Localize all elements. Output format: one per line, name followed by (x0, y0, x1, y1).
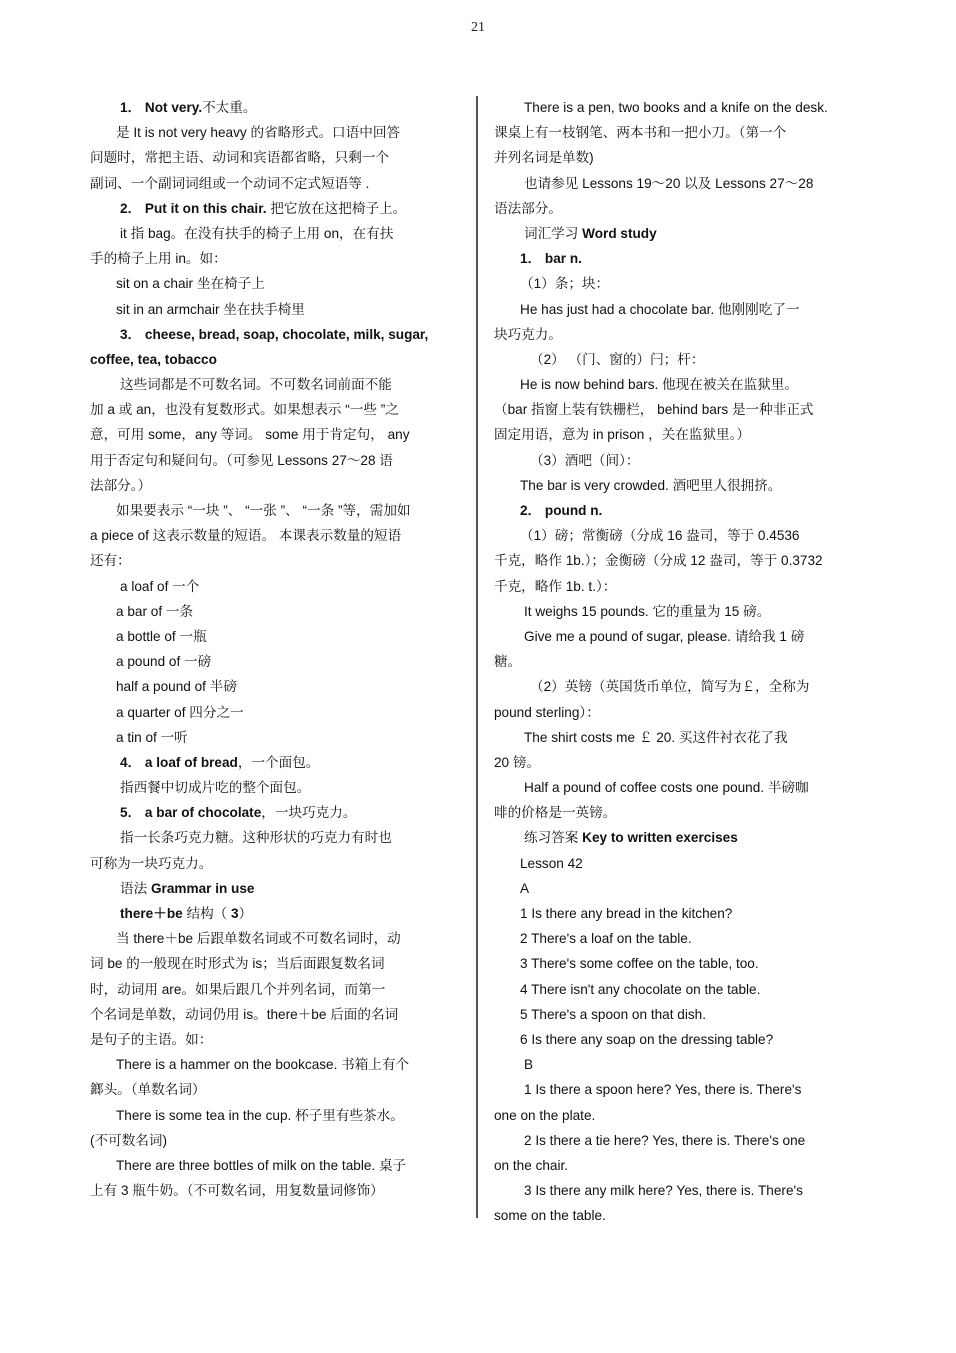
body-text: 1 Is there a spoon here? Yes, there is. … (524, 1082, 801, 1097)
text-line: 也请参见 Lessons 19～20 以及 Lessons 27～28 (494, 172, 866, 197)
text-line: 副词、一个副词词组或一个动词不定式短语等 . (90, 172, 462, 197)
text-line: (不可数名词) (90, 1129, 462, 1154)
text-line: a loaf of 一个 (90, 575, 462, 600)
text-line: 法部分。） (90, 474, 462, 499)
text-line: 1 Is there any bread in the kitchen? (494, 902, 866, 927)
body-text: Half a pound of coffee costs one pound. … (524, 780, 809, 795)
text-line: 1 Is there a spoon here? Yes, there is. … (494, 1078, 866, 1103)
body-text: a tin of 一听 (116, 730, 188, 745)
body-text: 意，可用 some，any 等词。 some 用于肯定句， any (90, 427, 410, 442)
body-text: 也请参见 Lessons 19～20 以及 Lessons 27～28 (524, 176, 813, 191)
text-line: 指西餐中切成片吃的整个面包。 (90, 776, 462, 801)
text-line: 千克，略作 1b. t.）： (494, 575, 866, 600)
text-line: 语法 Grammar in use (90, 877, 462, 902)
text-line: 千克，略作 1b.）；金衡磅（分成 12 盎司，等于 0.3732 (494, 549, 866, 574)
text-line: on the chair. (494, 1154, 866, 1179)
body-text: 还有： (90, 553, 131, 568)
text-line: 当 there＋be 后跟单数名词或不可数名词时，动 (90, 927, 462, 952)
body-text: The bar is very crowded. 酒吧里人很拥挤。 (520, 478, 781, 493)
body-text: 鎯头。（单数名词） (90, 1082, 206, 1097)
text-line: 如果要表示 “一块 ”、 “一张 ”、 “一条 ”等，需加如 (90, 499, 462, 524)
body-text: (不可数名词) (90, 1133, 167, 1148)
body-text: 可称为一块巧克力。 (90, 856, 212, 871)
text-line: 是 It is not very heavy 的省略形式。口语中回答 (90, 121, 462, 146)
bold-text: 3． cheese, bread, soap, chocolate, milk,… (120, 327, 428, 342)
text-line: （2）英镑（英国货币单位，简写为￡，全称为 (494, 675, 866, 700)
bold-text: 4． a loaf of bread (120, 755, 238, 770)
text-line: （2） （门、窗的）闩；杆： (494, 348, 866, 373)
text-line: Half a pound of coffee costs one pound. … (494, 776, 866, 801)
body-text: 不太重。 (202, 100, 256, 115)
body-text: 手的椅子上用 in。如： (90, 251, 227, 266)
text-line: 课桌上有一枝钢笔、两本书和一把小刀。（第一个 (494, 121, 866, 146)
body-text: 糖。 (494, 654, 521, 669)
body-text: 4 There isn't any chocolate on the table… (520, 982, 760, 997)
body-text: （1）磅；常衡磅（分成 16 盎司，等于 0.4536 (520, 528, 800, 543)
body-text: pound sterling）： (494, 705, 600, 720)
body-text: 练习答案 (524, 830, 582, 845)
text-line: a quarter of 四分之一 (90, 701, 462, 726)
body-text: 并列名词是单数) (494, 150, 594, 165)
text-line: There is a pen, two books and a knife on… (494, 96, 866, 121)
body-text: a pound of 一磅 (116, 654, 211, 669)
text-line: 问题时，常把主语、动词和宾语都省略，只剩一个 (90, 146, 462, 171)
body-text: 当 there＋be 后跟单数名词或不可数名词时，动 (116, 931, 401, 946)
text-line: 练习答案 Key to written exercises (494, 826, 866, 851)
body-text: （1）条；块： (520, 276, 609, 291)
text-line: 6 Is there any soap on the dressing tabl… (494, 1028, 866, 1053)
body-text: B (524, 1057, 533, 1072)
text-line: 指一长条巧克力糖。这种形状的巧克力有时也 (90, 826, 462, 851)
text-line: 3 There's some coffee on the table, too. (494, 952, 866, 977)
text-line: 4． a loaf of bread，一个面包。 (90, 751, 462, 776)
text-line: 用于否定句和疑问句。（可参见 Lessons 27～28 语 (90, 449, 462, 474)
text-line: Lesson 42 (494, 852, 866, 877)
body-text: ，一个面包。 (238, 755, 320, 770)
body-text: 指一长条巧克力糖。这种形状的巧克力有时也 (120, 830, 392, 845)
bold-text: 3 (231, 906, 239, 921)
text-line: 是句子的主语。如： (90, 1028, 462, 1053)
body-text: 语法部分。 (494, 201, 562, 216)
body-text: a piece of 这表示数量的短语。 本课表示数量的短语 (90, 528, 401, 543)
body-text: a bottle of 一瓶 (116, 629, 207, 644)
text-line: 4 There isn't any chocolate on the table… (494, 978, 866, 1003)
text-line: Give me a pound of sugar, please. 请给我 1 … (494, 625, 866, 650)
body-text: （3）酒吧（间）： (530, 453, 640, 468)
right-column: There is a pen, two books and a knife on… (494, 96, 866, 1229)
text-line: 上有 3 瓶牛奶。（不可数名词，用复数量词修饰） (90, 1179, 462, 1204)
text-line: 个名词是单数，动词仍用 is。there＋be 后面的名词 (90, 1003, 462, 1028)
text-line: （bar 指窗上装有铁栅栏， behind bars 是一种非正式 (494, 398, 866, 423)
bold-text: 1． Not very. (120, 100, 202, 115)
text-line: It weighs 15 pounds. 它的重量为 15 磅。 (494, 600, 866, 625)
text-line: 加 a 或 an，也没有复数形式。如果想表示 “一些 ”之 (90, 398, 462, 423)
body-text: The shirt costs me ￡ 20. 买这件衬衣花了我 (524, 730, 788, 745)
text-line: 词汇学习 Word study (494, 222, 866, 247)
text-line: 5． a bar of chocolate，一块巧克力。 (90, 801, 462, 826)
text-line: 词 be 的一般现在时形式为 is；当后面跟复数名词 (90, 952, 462, 977)
text-line: there＋be 结构（ 3） (90, 902, 462, 927)
text-line: 2 Is there a tie here? Yes, there is. Th… (494, 1129, 866, 1154)
text-line: 2． pound n. (494, 499, 866, 524)
body-text: a bar of 一条 (116, 604, 193, 619)
body-text: sit in an armchair 坐在扶手椅里 (116, 302, 305, 317)
bold-text: coffee, tea, tobacco (90, 352, 217, 367)
body-text: 1 Is there any bread in the kitchen? (520, 906, 732, 921)
body-text: some on the table. (494, 1208, 606, 1223)
body-text: a loaf of 一个 (120, 579, 199, 594)
text-line: 并列名词是单数) (494, 146, 866, 171)
page-number: 21 (0, 20, 956, 36)
body-text: 6 Is there any soap on the dressing tabl… (520, 1032, 773, 1047)
left-column: 1． Not very.不太重。是 It is not very heavy 的… (90, 96, 462, 1204)
body-text: 词汇学习 (524, 226, 582, 241)
text-line: 手的椅子上用 in。如： (90, 247, 462, 272)
body-text: There is a hammer on the bookcase. 书箱上有个 (116, 1057, 409, 1072)
bold-text: 5． a bar of chocolate (120, 805, 261, 820)
body-text: 这些词都是不可数名词。不可数名词前面不能 (120, 377, 392, 392)
text-line: 20 镑。 (494, 751, 866, 776)
text-line: 1． Not very.不太重。 (90, 96, 462, 121)
bold-text: Word study (582, 226, 657, 241)
text-line: 1． bar n. (494, 247, 866, 272)
text-line: sit on a chair 坐在椅子上 (90, 272, 462, 297)
body-text: half a pound of 半磅 (116, 679, 237, 694)
text-line: it 指 bag。在没有扶手的椅子上用 on，在有扶 (90, 222, 462, 247)
text-line: 意，可用 some，any 等词。 some 用于肯定句， any (90, 423, 462, 448)
body-text: 3 Is there any milk here? Yes, there is.… (524, 1183, 803, 1198)
text-line: He has just had a chocolate bar. 他刚刚吃了一 (494, 298, 866, 323)
body-text: 块巧克力。 (494, 327, 562, 342)
text-line: 3． cheese, bread, soap, chocolate, milk,… (90, 323, 462, 348)
body-text: Give me a pound of sugar, please. 请给我 1 … (524, 629, 804, 644)
text-line: pound sterling）： (494, 701, 866, 726)
column-divider (476, 96, 478, 1218)
body-text: It weighs 15 pounds. 它的重量为 15 磅。 (524, 604, 770, 619)
text-line: B (494, 1053, 866, 1078)
text-line: 啡的价格是一英镑。 (494, 801, 866, 826)
text-line: 鎯头。（单数名词） (90, 1078, 462, 1103)
body-text: There is some tea in the cup. 杯子里有些茶水。 (116, 1108, 404, 1123)
text-line: There is a hammer on the bookcase. 书箱上有个 (90, 1053, 462, 1078)
body-text: 上有 3 瓶牛奶。（不可数名词，用复数量词修饰） (90, 1183, 384, 1198)
body-text: 加 a 或 an，也没有复数形式。如果想表示 “一些 ”之 (90, 402, 399, 417)
body-text: There are three bottles of milk on the t… (116, 1158, 406, 1173)
body-text: 千克，略作 1b. t.）： (494, 579, 616, 594)
body-text: Lesson 42 (520, 856, 583, 871)
text-line: 固定用语，意为 in prison ，关在监狱里。） (494, 423, 866, 448)
text-line: a piece of 这表示数量的短语。 本课表示数量的短语 (90, 524, 462, 549)
body-text: 问题时，常把主语、动词和宾语都省略，只剩一个 (90, 150, 389, 165)
body-text: 是 It is not very heavy 的省略形式。口语中回答 (116, 125, 400, 140)
text-line: （1）磅；常衡磅（分成 16 盎司，等于 0.4536 (494, 524, 866, 549)
bold-text: there＋be (120, 906, 183, 921)
text-line: 语法部分。 (494, 197, 866, 222)
body-text: 5 There's a spoon on that dish. (520, 1007, 706, 1022)
text-line: coffee, tea, tobacco (90, 348, 462, 373)
body-text: 语法 (120, 881, 151, 896)
text-line: 时，动词用 are。如果后跟几个并列名词，而第一 (90, 978, 462, 1003)
body-text: （bar 指窗上装有铁栅栏， behind bars 是一种非正式 (494, 402, 814, 417)
text-line: 块巧克力。 (494, 323, 866, 348)
text-line: half a pound of 半磅 (90, 675, 462, 700)
body-text: 3 There's some coffee on the table, too. (520, 956, 759, 971)
body-text: 2 There's a loaf on the table. (520, 931, 692, 946)
body-text: He has just had a chocolate bar. 他刚刚吃了一 (520, 302, 800, 317)
text-line: sit in an armchair 坐在扶手椅里 (90, 298, 462, 323)
text-line: （3）酒吧（间）： (494, 449, 866, 474)
text-line: 2． Put it on this chair. 把它放在这把椅子上。 (90, 197, 462, 222)
body-text: 啡的价格是一英镑。 (494, 805, 616, 820)
body-text: 副词、一个副词词组或一个动词不定式短语等 . (90, 176, 369, 191)
body-text: There is a pen, two books and a knife on… (524, 100, 828, 115)
body-text: 千克，略作 1b.）；金衡磅（分成 12 盎司，等于 0.3732 (494, 553, 823, 568)
text-line: 5 There's a spoon on that dish. (494, 1003, 866, 1028)
body-text: 是句子的主语。如： (90, 1032, 212, 1047)
text-line: a tin of 一听 (90, 726, 462, 751)
text-line: 糖。 (494, 650, 866, 675)
text-line: He is now behind bars. 他现在被关在监狱里。 (494, 373, 866, 398)
body-text: 词 be 的一般现在时形式为 is；当后面跟复数名词 (90, 956, 385, 971)
body-text: one on the plate. (494, 1108, 595, 1123)
body-text: 20 镑。 (494, 755, 540, 770)
text-line: some on the table. (494, 1204, 866, 1229)
text-line: The bar is very crowded. 酒吧里人很拥挤。 (494, 474, 866, 499)
text-line: a bottle of 一瓶 (90, 625, 462, 650)
body-text: 如果要表示 “一块 ”、 “一张 ”、 “一条 ”等，需加如 (116, 503, 411, 518)
body-text: 课桌上有一枝钢笔、两本书和一把小刀。（第一个 (494, 125, 786, 140)
body-text: 固定用语，意为 in prison ，关在监狱里。） (494, 427, 750, 442)
body-text: （2） （门、窗的）闩；杆： (530, 352, 704, 367)
body-text: a quarter of 四分之一 (116, 705, 244, 720)
bold-text: 2． pound n. (520, 503, 602, 518)
body-text: A (520, 881, 529, 896)
text-line: A (494, 877, 866, 902)
body-text: 结构（ (183, 906, 231, 921)
body-text: it 指 bag。在没有扶手的椅子上用 on，在有扶 (120, 226, 393, 241)
body-text: 法部分。） (90, 478, 151, 493)
body-text: on the chair. (494, 1158, 568, 1173)
body-text: sit on a chair 坐在椅子上 (116, 276, 265, 291)
body-text: 用于否定句和疑问句。（可参见 Lessons 27～28 语 (90, 453, 393, 468)
text-line: The shirt costs me ￡ 20. 买这件衬衣花了我 (494, 726, 866, 751)
text-line: 还有： (90, 549, 462, 574)
text-line: a pound of 一磅 (90, 650, 462, 675)
text-line: one on the plate. (494, 1104, 866, 1129)
body-text: He is now behind bars. 他现在被关在监狱里。 (520, 377, 798, 392)
body-text: 个名词是单数，动词仍用 is。there＋be 后面的名词 (90, 1007, 398, 1022)
text-line: 这些词都是不可数名词。不可数名词前面不能 (90, 373, 462, 398)
text-line: There are three bottles of milk on the t… (90, 1154, 462, 1179)
text-line: （1）条；块： (494, 272, 866, 297)
bold-text: Key to written exercises (582, 830, 738, 845)
bold-text: 1． bar n. (520, 251, 582, 266)
bold-text: Grammar in use (151, 881, 255, 896)
text-line: There is some tea in the cup. 杯子里有些茶水。 (90, 1104, 462, 1129)
body-text: 把它放在这把椅子上。 (267, 201, 407, 216)
text-line: 3 Is there any milk here? Yes, there is.… (494, 1179, 866, 1204)
bold-text: 2． Put it on this chair. (120, 201, 267, 216)
body-text: ，一块巧克力。 (261, 805, 356, 820)
body-text: ） (239, 906, 253, 921)
text-line: 2 There's a loaf on the table. (494, 927, 866, 952)
body-text: 指西餐中切成片吃的整个面包。 (120, 780, 310, 795)
text-line: 可称为一块巧克力。 (90, 852, 462, 877)
body-text: 2 Is there a tie here? Yes, there is. Th… (524, 1133, 805, 1148)
body-text: （2）英镑（英国货币单位，简写为￡，全称为 (530, 679, 809, 694)
body-text: 时，动词用 are。如果后跟几个并列名词，而第一 (90, 982, 385, 997)
text-line: a bar of 一条 (90, 600, 462, 625)
